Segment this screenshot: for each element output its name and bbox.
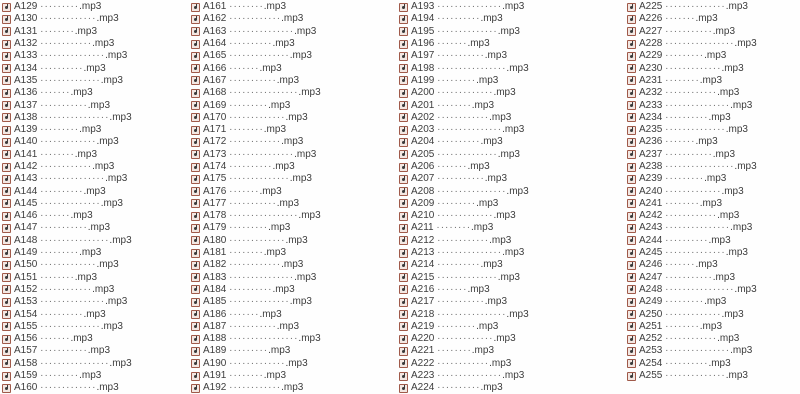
file-item[interactable]: A209 ·········.mp3: [399, 198, 626, 210]
file-item[interactable]: A221 ········.mp3: [399, 345, 626, 357]
file-item[interactable]: A247 ···········.mp3: [627, 272, 799, 284]
audio-file-icon: [2, 3, 11, 12]
file-item[interactable]: A196 ·······.mp3: [399, 38, 626, 50]
redacted-title: ················: [40, 358, 109, 369]
file-item[interactable]: A176 ·······.mp3: [191, 185, 398, 197]
file-name: A227 ···········.mp3: [639, 26, 735, 38]
audio-file-icon: [191, 359, 200, 368]
file-item[interactable]: A140 ·············.mp3: [2, 136, 190, 148]
file-name: A193 ···············.mp3: [411, 1, 524, 13]
file-item[interactable]: A154 ··········.mp3: [2, 308, 190, 320]
audio-file-icon: [2, 187, 11, 196]
redacted-title: ·······: [229, 186, 259, 197]
file-item[interactable]: A188 ················.mp3: [191, 333, 398, 345]
file-name: A219 ·········.mp3: [411, 321, 498, 333]
audio-file-icon: [191, 187, 200, 196]
file-name: A139 ·········.mp3: [14, 124, 101, 136]
redacted-title: ·······: [437, 161, 467, 172]
file-name: A148 ················.mp3: [14, 235, 132, 247]
file-item[interactable]: A224 ··········.mp3: [399, 382, 626, 394]
redacted-title: ···············: [665, 100, 730, 111]
file-item[interactable]: A225 ··············.mp3: [627, 1, 799, 13]
file-name: A251 ········.mp3: [639, 321, 722, 333]
file-item[interactable]: A139 ·········.mp3: [2, 124, 190, 136]
file-name: A163 ···············.mp3: [203, 26, 316, 38]
redacted-title: ···············: [40, 50, 105, 61]
file-item[interactable]: A195 ··············.mp3: [399, 26, 626, 38]
redacted-title: ··············: [665, 124, 726, 135]
file-item[interactable]: A150 ·············.mp3: [2, 259, 190, 271]
redacted-title: ··············: [40, 75, 101, 86]
audio-file-icon: [399, 27, 408, 36]
redacted-title: ········: [665, 321, 700, 332]
file-item[interactable]: A252 ············.mp3: [627, 333, 799, 345]
file-name: A140 ·············.mp3: [14, 136, 119, 148]
audio-file-icon: [191, 64, 200, 73]
file-name: A149 ·········.mp3: [14, 247, 101, 259]
audio-file-icon: [191, 335, 200, 344]
redacted-title: ··········: [437, 382, 480, 393]
file-item[interactable]: A172 ············.mp3: [191, 136, 398, 148]
file-item[interactable]: A192 ············.mp3: [191, 382, 398, 394]
file-item[interactable]: A160 ·············.mp3: [2, 382, 190, 394]
file-name: A215 ··············.mp3: [411, 272, 520, 284]
file-item[interactable]: A200 ·············.mp3: [399, 87, 626, 99]
audio-file-icon: [399, 126, 408, 135]
audio-file-icon: [627, 187, 636, 196]
redacted-title: ·········: [665, 296, 704, 307]
redacted-title: ··········: [437, 136, 480, 147]
file-name: A165 ··············.mp3: [203, 50, 312, 62]
file-item[interactable]: A132 ············.mp3: [2, 38, 190, 50]
audio-file-icon: [2, 285, 11, 294]
audio-file-icon: [399, 236, 408, 245]
redacted-title: ·········: [437, 198, 476, 209]
audio-file-icon: [191, 15, 200, 24]
file-item[interactable]: A193 ···············.mp3: [399, 1, 626, 13]
redacted-title: ·········: [229, 345, 268, 356]
file-item[interactable]: A177 ···········.mp3: [191, 198, 398, 210]
audio-file-icon: [399, 15, 408, 24]
file-item[interactable]: A148 ················.mp3: [2, 235, 190, 247]
audio-file-icon: [2, 372, 11, 381]
file-item[interactable]: A133 ···············.mp3: [2, 50, 190, 62]
file-name: A209 ·········.mp3: [411, 198, 498, 210]
file-item[interactable]: A251 ········.mp3: [627, 321, 799, 333]
redacted-title: ················: [437, 63, 506, 74]
file-item[interactable]: A157 ···········.mp3: [2, 345, 190, 357]
file-item[interactable]: A162 ············.mp3: [191, 13, 398, 25]
file-item[interactable]: A249 ·········.mp3: [627, 296, 799, 308]
redacted-title: ················: [665, 284, 734, 295]
file-item[interactable]: A214 ··········.mp3: [399, 259, 626, 271]
file-name: A179 ·········.mp3: [203, 222, 290, 234]
redacted-title: ··········: [437, 13, 480, 24]
file-item[interactable]: A244 ··········.mp3: [627, 235, 799, 247]
redacted-title: ··············: [665, 247, 726, 258]
redacted-title: ········: [40, 272, 75, 283]
file-name: A214 ··········.mp3: [411, 259, 503, 271]
file-name: A159 ·········.mp3: [14, 370, 101, 382]
redacted-title: ·······: [437, 284, 467, 295]
file-name: A204 ··········.mp3: [411, 136, 503, 148]
redacted-title: ··········: [665, 235, 708, 246]
redacted-title: ···········: [437, 296, 485, 307]
audio-file-icon: [399, 347, 408, 356]
file-item[interactable]: A173 ···············.mp3: [191, 149, 398, 161]
file-item[interactable]: A217 ···········.mp3: [399, 296, 626, 308]
file-item[interactable]: A248 ················.mp3: [627, 284, 799, 296]
redacted-title: ···············: [229, 149, 294, 160]
file-item[interactable]: A143 ···············.mp3: [2, 173, 190, 185]
file-item[interactable]: A156 ·······.mp3: [2, 333, 190, 345]
file-item[interactable]: A131 ········.mp3: [2, 26, 190, 38]
file-item[interactable]: A144 ··········.mp3: [2, 185, 190, 197]
audio-file-icon: [2, 310, 11, 319]
audio-file-icon: [2, 249, 11, 258]
redacted-title: ··············: [40, 321, 101, 332]
redacted-title: ········: [665, 198, 700, 209]
file-item[interactable]: A241 ········.mp3: [627, 198, 799, 210]
file-item[interactable]: A220 ·············.mp3: [399, 333, 626, 345]
audio-file-icon: [2, 236, 11, 245]
file-item[interactable]: A218 ················.mp3: [399, 308, 626, 320]
redacted-title: ··············: [437, 149, 498, 160]
file-item[interactable]: A194 ··········.mp3: [399, 13, 626, 25]
audio-file-icon: [399, 322, 408, 331]
redacted-title: ···········: [665, 149, 713, 160]
redacted-title: ·············: [437, 210, 493, 221]
file-item[interactable]: A199 ·········.mp3: [399, 75, 626, 87]
file-item[interactable]: A201 ········.mp3: [399, 99, 626, 111]
file-name: A157 ···········.mp3: [14, 345, 110, 357]
file-item[interactable]: A161 ········.mp3: [191, 1, 398, 13]
file-item[interactable]: A202 ············.mp3: [399, 112, 626, 124]
file-item[interactable]: A170 ·············.mp3: [191, 112, 398, 124]
redacted-title: ···············: [437, 370, 502, 381]
redacted-title: ············: [665, 87, 717, 98]
file-item[interactable]: A236 ·······.mp3: [627, 136, 799, 148]
file-item[interactable]: A135 ··············.mp3: [2, 75, 190, 87]
file-item[interactable]: A198 ················.mp3: [399, 62, 626, 74]
file-item[interactable]: A231 ········.mp3: [627, 75, 799, 87]
file-item[interactable]: A174 ··········.mp3: [191, 161, 398, 173]
file-name: A245 ··············.mp3: [639, 247, 748, 259]
redacted-title: ···············: [437, 124, 502, 135]
audio-file-icon: [2, 273, 11, 282]
redacted-title: ················: [40, 235, 109, 246]
file-item[interactable]: A159 ·········.mp3: [2, 370, 190, 382]
redacted-title: ·········: [40, 247, 79, 258]
file-list-column-2: A161 ········.mp3A162 ············.mp3A1…: [191, 1, 398, 394]
file-name: A247 ···········.mp3: [639, 272, 735, 284]
file-name: A153 ···············.mp3: [14, 296, 127, 308]
file-item[interactable]: A237 ···········.mp3: [627, 149, 799, 161]
file-item[interactable]: A142 ············.mp3: [2, 161, 190, 173]
redacted-title: ·······: [437, 38, 467, 49]
audio-file-icon: [627, 138, 636, 147]
file-item[interactable]: A238 ················.mp3: [627, 161, 799, 173]
audio-file-icon: [627, 335, 636, 344]
file-name: A169 ·········.mp3: [203, 100, 290, 112]
redacted-title: ·······: [229, 63, 259, 74]
redacted-title: ·············: [665, 309, 721, 320]
file-item[interactable]: A129 ·········.mp3: [2, 1, 190, 13]
file-item[interactable]: A175 ··············.mp3: [191, 173, 398, 185]
file-name: A205 ··············.mp3: [411, 149, 520, 161]
redacted-title: ················: [229, 87, 298, 98]
file-item[interactable]: A130 ·············.mp3: [2, 13, 190, 25]
file-name: A253 ···············.mp3: [639, 345, 752, 357]
file-name: A133 ···············.mp3: [14, 50, 127, 62]
audio-file-icon: [399, 224, 408, 233]
file-item[interactable]: A208 ················.mp3: [399, 185, 626, 197]
file-item[interactable]: A136 ·······.mp3: [2, 87, 190, 99]
redacted-title: ········: [436, 222, 471, 233]
file-item[interactable]: A183 ···············.mp3: [191, 272, 398, 284]
file-item[interactable]: A167 ···········.mp3: [191, 75, 398, 87]
file-item[interactable]: A228 ················.mp3: [627, 38, 799, 50]
file-item[interactable]: A155 ··············.mp3: [2, 321, 190, 333]
file-item[interactable]: A153 ···············.mp3: [2, 296, 190, 308]
audio-file-icon: [191, 163, 200, 172]
file-name: A143 ···············.mp3: [14, 173, 127, 185]
audio-file-icon: [627, 347, 636, 356]
redacted-title: ···············: [229, 26, 294, 37]
file-item[interactable]: A216 ·······.mp3: [399, 284, 626, 296]
file-item[interactable]: A235 ··············.mp3: [627, 124, 799, 136]
redacted-title: ············: [229, 259, 281, 270]
audio-file-icon: [191, 273, 200, 282]
redacted-title: ················: [437, 186, 506, 197]
file-item[interactable]: A213 ···············.mp3: [399, 247, 626, 259]
file-item[interactable]: A197 ···········.mp3: [399, 50, 626, 62]
file-item[interactable]: A158 ················.mp3: [2, 358, 190, 370]
audio-file-icon: [191, 40, 200, 49]
file-name: A207 ···········.mp3: [411, 173, 507, 185]
audio-file-icon: [627, 150, 636, 159]
file-name: A249 ·········.mp3: [639, 296, 726, 308]
redacted-title: ·············: [437, 87, 493, 98]
file-name: A203 ···············.mp3: [411, 124, 524, 136]
file-name: A162 ············.mp3: [203, 13, 303, 25]
audio-file-icon: [2, 27, 11, 36]
redacted-title: ·············: [229, 358, 285, 369]
file-item[interactable]: A141 ········.mp3: [2, 149, 190, 161]
file-item[interactable]: A219 ·········.mp3: [399, 321, 626, 333]
audio-file-icon: [2, 175, 11, 184]
file-item[interactable]: A190 ·············.mp3: [191, 358, 398, 370]
file-item[interactable]: A207 ···········.mp3: [399, 173, 626, 185]
file-item[interactable]: A182 ············.mp3: [191, 259, 398, 271]
file-name: A168 ················.mp3: [203, 87, 321, 99]
file-name: A246 ·······.mp3: [639, 259, 718, 271]
redacted-title: ·······: [40, 333, 70, 344]
file-item[interactable]: A145 ··············.mp3: [2, 198, 190, 210]
file-list-column-1: A129 ·········.mp3A130 ·············.mp3…: [2, 1, 190, 394]
file-name: A185 ··············.mp3: [203, 296, 312, 308]
redacted-title: ·········: [229, 222, 268, 233]
file-item[interactable]: A250 ·············.mp3: [627, 308, 799, 320]
redacted-title: ·········: [40, 1, 79, 12]
file-item[interactable]: A240 ·············.mp3: [627, 185, 799, 197]
file-item[interactable]: A181 ········.mp3: [191, 247, 398, 259]
file-item[interactable]: A245 ··············.mp3: [627, 247, 799, 259]
file-name: A188 ················.mp3: [203, 333, 321, 345]
file-item[interactable]: A164 ··········.mp3: [191, 38, 398, 50]
file-name: A217 ···········.mp3: [411, 296, 507, 308]
file-item[interactable]: A165 ··············.mp3: [191, 50, 398, 62]
file-item[interactable]: A253 ···············.mp3: [627, 345, 799, 357]
file-item[interactable]: A163 ···············.mp3: [191, 26, 398, 38]
file-item[interactable]: A189 ·········.mp3: [191, 345, 398, 357]
file-item[interactable]: A226 ·······.mp3: [627, 13, 799, 25]
redacted-title: ·············: [40, 136, 96, 147]
audio-file-icon: [627, 310, 636, 319]
audio-file-icon: [627, 212, 636, 221]
file-item[interactable]: A186 ·······.mp3: [191, 308, 398, 320]
file-item[interactable]: A210 ·············.mp3: [399, 210, 626, 222]
redacted-title: ··········: [40, 309, 83, 320]
file-item[interactable]: A233 ···············.mp3: [627, 99, 799, 111]
file-item[interactable]: A146 ·······.mp3: [2, 210, 190, 222]
audio-file-icon: [399, 187, 408, 196]
file-list-column-4: A225 ··············.mp3A226 ·······.mp3A…: [627, 1, 799, 382]
file-item[interactable]: A152 ············.mp3: [2, 284, 190, 296]
file-item[interactable]: A232 ············.mp3: [627, 87, 799, 99]
file-item[interactable]: A137 ···········.mp3: [2, 99, 190, 111]
redacted-title: ··········: [665, 358, 708, 369]
file-item[interactable]: A243 ···············.mp3: [627, 222, 799, 234]
audio-file-icon: [627, 175, 636, 184]
file-name: A131 ········.mp3: [14, 26, 97, 38]
audio-file-icon: [2, 347, 11, 356]
file-item[interactable]: A184 ··········.mp3: [191, 284, 398, 296]
file-name: A220 ·············.mp3: [411, 333, 516, 345]
file-name: A210 ·············.mp3: [411, 210, 516, 222]
file-item[interactable]: A239 ·········.mp3: [627, 173, 799, 185]
file-item[interactable]: A204 ··········.mp3: [399, 136, 626, 148]
audio-file-icon: [2, 261, 11, 270]
file-item[interactable]: A246 ·······.mp3: [627, 259, 799, 271]
redacted-title: ··········: [40, 186, 83, 197]
file-item[interactable]: A187 ···········.mp3: [191, 321, 398, 333]
file-name: A173 ···············.mp3: [203, 149, 316, 161]
file-item[interactable]: A149 ·········.mp3: [2, 247, 190, 259]
file-name: A155 ··············.mp3: [14, 321, 123, 333]
file-item[interactable]: A222 ············.mp3: [399, 358, 626, 370]
file-item[interactable]: A203 ···············.mp3: [399, 124, 626, 136]
file-item[interactable]: A191 ········.mp3: [191, 370, 398, 382]
redacted-title: ·······: [665, 136, 695, 147]
file-name: A233 ···············.mp3: [639, 100, 752, 112]
file-name: A218 ················.mp3: [411, 309, 529, 321]
file-name: A238 ················.mp3: [639, 161, 757, 173]
audio-file-icon: [2, 384, 11, 393]
audio-file-icon: [627, 89, 636, 98]
audio-file-icon: [2, 298, 11, 307]
file-item[interactable]: A234 ··········.mp3: [627, 112, 799, 124]
redacted-title: ·······: [40, 210, 70, 221]
audio-file-icon: [399, 359, 408, 368]
file-name: A240 ·············.mp3: [639, 186, 744, 198]
file-item[interactable]: A180 ·············.mp3: [191, 235, 398, 247]
file-item[interactable]: A206 ·······.mp3: [399, 161, 626, 173]
file-item[interactable]: A168 ················.mp3: [191, 87, 398, 99]
audio-file-icon: [2, 40, 11, 49]
redacted-title: ···············: [437, 1, 502, 12]
file-name: A206 ·······.mp3: [411, 161, 490, 173]
redacted-title: ··············: [665, 370, 726, 381]
redacted-title: ············: [40, 284, 92, 295]
audio-file-icon: [191, 347, 200, 356]
file-name: A222 ············.mp3: [411, 358, 511, 370]
audio-file-icon: [399, 273, 408, 282]
audio-file-icon: [399, 40, 408, 49]
file-item[interactable]: A138 ················.mp3: [2, 112, 190, 124]
file-item[interactable]: A255 ··············.mp3: [627, 370, 799, 382]
redacted-title: ···········: [229, 198, 277, 209]
file-item[interactable]: A223 ···············.mp3: [399, 370, 626, 382]
file-name: A156 ·······.mp3: [14, 333, 93, 345]
redacted-title: ·········: [40, 124, 79, 135]
file-item[interactable]: A171 ········.mp3: [191, 124, 398, 136]
file-name: A192 ············.mp3: [203, 382, 303, 394]
audio-file-icon: [627, 27, 636, 36]
redacted-title: ··············: [229, 50, 290, 61]
file-name: A145 ··············.mp3: [14, 198, 123, 210]
audio-file-icon: [399, 310, 408, 319]
audio-file-icon: [627, 298, 636, 307]
file-name: A198 ················.mp3: [411, 63, 529, 75]
file-item[interactable]: A229 ·········.mp3: [627, 50, 799, 62]
file-item[interactable]: A242 ············.mp3: [627, 210, 799, 222]
redacted-title: ···········: [40, 345, 88, 356]
file-name: A178 ················.mp3: [203, 210, 321, 222]
redacted-title: ········: [229, 247, 264, 258]
redacted-title: ·············: [40, 13, 96, 24]
file-name: A144 ··········.mp3: [14, 186, 106, 198]
file-item[interactable]: A169 ·········.mp3: [191, 99, 398, 111]
file-item[interactable]: A166 ·······.mp3: [191, 62, 398, 74]
audio-file-icon: [2, 335, 11, 344]
file-item[interactable]: A151 ········.mp3: [2, 272, 190, 284]
file-item[interactable]: A230 ·············.mp3: [627, 62, 799, 74]
file-item[interactable]: A212 ············.mp3: [399, 235, 626, 247]
file-item[interactable]: A211 ········.mp3: [399, 222, 626, 234]
redacted-title: ·············: [40, 382, 96, 393]
redacted-title: ·············: [665, 186, 721, 197]
file-item[interactable]: A254 ··········.mp3: [627, 358, 799, 370]
file-item[interactable]: A205 ··············.mp3: [399, 149, 626, 161]
audio-file-icon: [191, 212, 200, 221]
file-item[interactable]: A147 ···········.mp3: [2, 222, 190, 234]
file-item[interactable]: A227 ···········.mp3: [627, 26, 799, 38]
audio-file-icon: [399, 372, 408, 381]
redacted-title: ············: [437, 235, 489, 246]
audio-file-icon: [191, 285, 200, 294]
redacted-title: ·········: [229, 100, 268, 111]
file-item[interactable]: A185 ··············.mp3: [191, 296, 398, 308]
audio-file-icon: [191, 52, 200, 61]
file-item[interactable]: A134 ··········.mp3: [2, 62, 190, 74]
redacted-title: ···············: [665, 345, 730, 356]
file-item[interactable]: A178 ················.mp3: [191, 210, 398, 222]
file-item[interactable]: A215 ··············.mp3: [399, 272, 626, 284]
file-item[interactable]: A179 ·········.mp3: [191, 222, 398, 234]
redacted-title: ·············: [40, 259, 96, 270]
audio-file-icon: [627, 163, 636, 172]
